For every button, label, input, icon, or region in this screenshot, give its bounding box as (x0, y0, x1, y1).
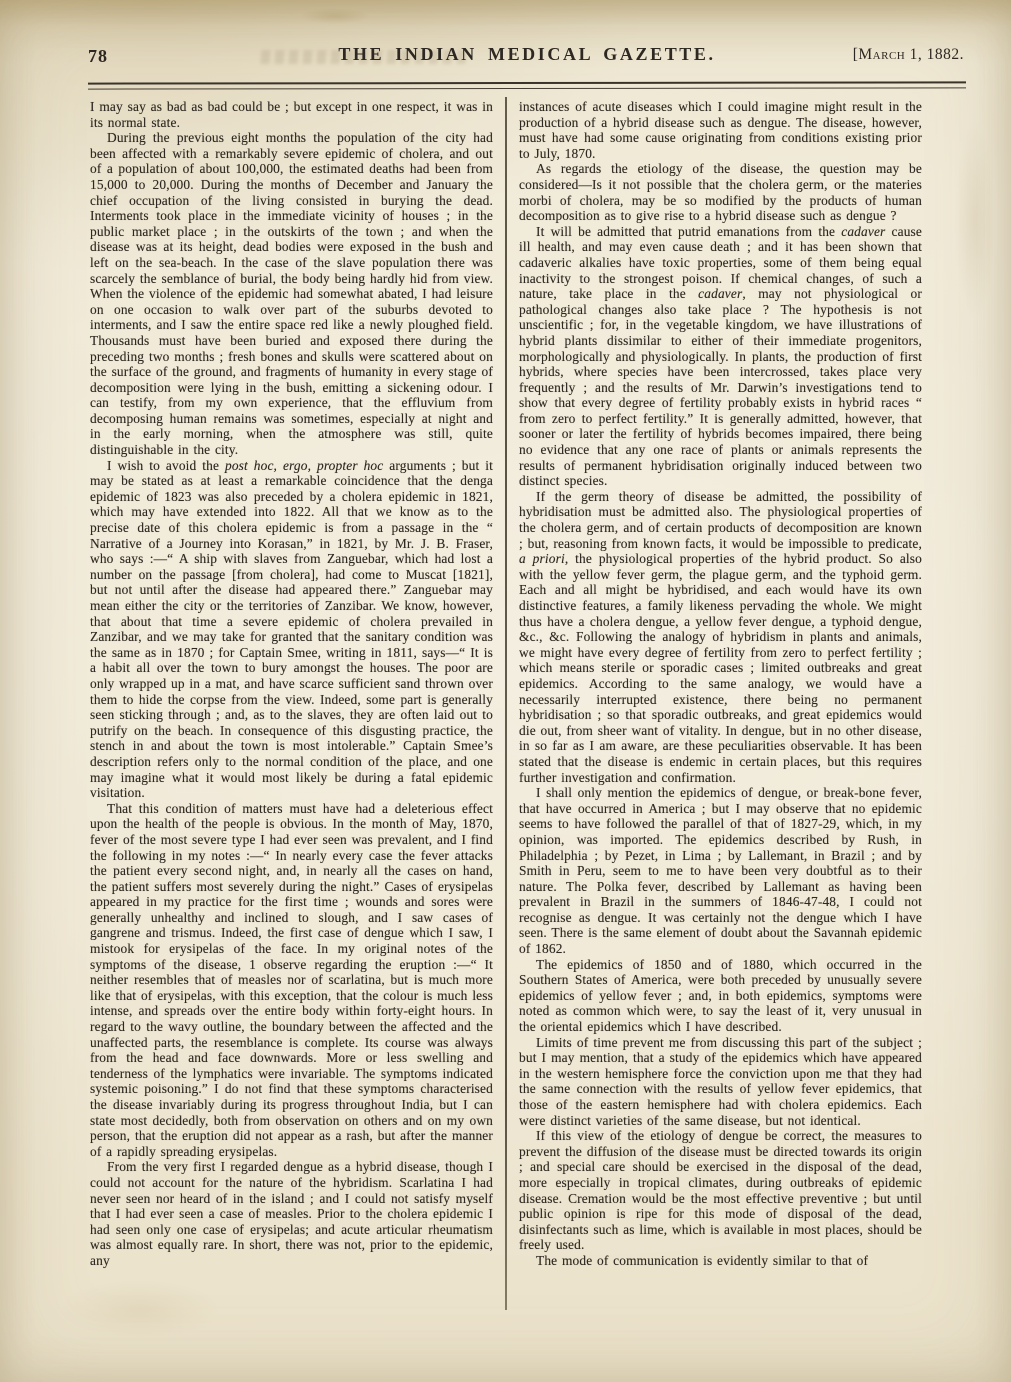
header-double-rule (88, 81, 966, 89)
paragraph: If this view of the etiology of dengue b… (519, 1128, 922, 1253)
paragraph: I shall only mention the epidemics of de… (519, 785, 922, 957)
text-run: , may not physiological or pathological … (519, 286, 922, 488)
paragraph: The epidemics of 1850 and of 1880, which… (519, 957, 922, 1035)
text-run: It will be admitted that putrid emanatio… (536, 224, 841, 239)
text-run: From the very first I regarded dengue as… (90, 1159, 493, 1268)
paper-stain (60, 1280, 220, 1340)
text-run: instances of acute diseases which I coul… (519, 99, 922, 161)
text-run: The mode of communication is evidently s… (536, 1253, 868, 1268)
issue-date: [March 1, 1882. (853, 46, 964, 64)
paragraph: From the very first I regarded dengue as… (90, 1159, 493, 1268)
text-run: The epidemics of 1850 and of 1880, which… (519, 957, 922, 1034)
text-run: I shall only mention the epidemics of de… (519, 785, 922, 956)
text-run: arguments ; but it may be stated as at l… (90, 458, 493, 800)
paragraph: That this condition of matters must have… (90, 801, 493, 1160)
paragraph: As regards the etiology of the disease, … (519, 161, 922, 223)
page-header: 78 THE INDIAN MEDICAL GAZETTE. [March 1,… (88, 42, 966, 72)
text-run: , the physiological properties of the hy… (519, 551, 922, 784)
paper-stain (300, 8, 370, 24)
paragraph: I wish to avoid the post hoc, ergo, prop… (90, 458, 493, 801)
italic-text-run: post hoc, ergo, propter hoc (225, 458, 383, 473)
italic-text-run: cadaver (841, 224, 885, 239)
text-run: During the previous eight months the pop… (90, 130, 493, 457)
masthead-title: THE INDIAN MEDICAL GAZETTE. (88, 44, 966, 65)
paragraph: I may say as bad as bad could be ; but e… (90, 99, 493, 130)
scanned-journal-page: { "page": { "number": "78", "title": "TH… (0, 0, 1011, 1382)
paragraph: Limits of time prevent me from discussin… (519, 1035, 922, 1129)
paragraph: During the previous eight months the pop… (90, 130, 493, 457)
text-run: If this view of the etiology of dengue b… (519, 1128, 922, 1252)
paragraph: instances of acute diseases which I coul… (519, 99, 922, 161)
text-run: Limits of time prevent me from discussin… (519, 1035, 922, 1128)
column-left: I may say as bad as bad could be ; but e… (90, 99, 493, 1269)
text-run: I wish to avoid the (107, 458, 225, 473)
paragraph: It will be admitted that putrid emanatio… (519, 224, 922, 489)
italic-text-run: cadaver (698, 286, 742, 301)
article-body: I may say as bad as bad could be ; but e… (90, 99, 922, 1269)
text-run: That this condition of matters must have… (90, 801, 493, 1159)
paragraph: The mode of communication is evidently s… (519, 1253, 922, 1269)
text-run: As regards the etiology of the disease, … (519, 161, 922, 223)
paper-stain (955, 120, 995, 320)
column-divider-rule (505, 97, 507, 1310)
italic-text-run: a priori (519, 551, 565, 566)
column-right: instances of acute diseases which I coul… (519, 99, 922, 1269)
text-run: If the germ theory of disease be admitte… (519, 489, 922, 551)
text-run: I may say as bad as bad could be ; but e… (90, 99, 493, 130)
paragraph: If the germ theory of disease be admitte… (519, 489, 922, 785)
